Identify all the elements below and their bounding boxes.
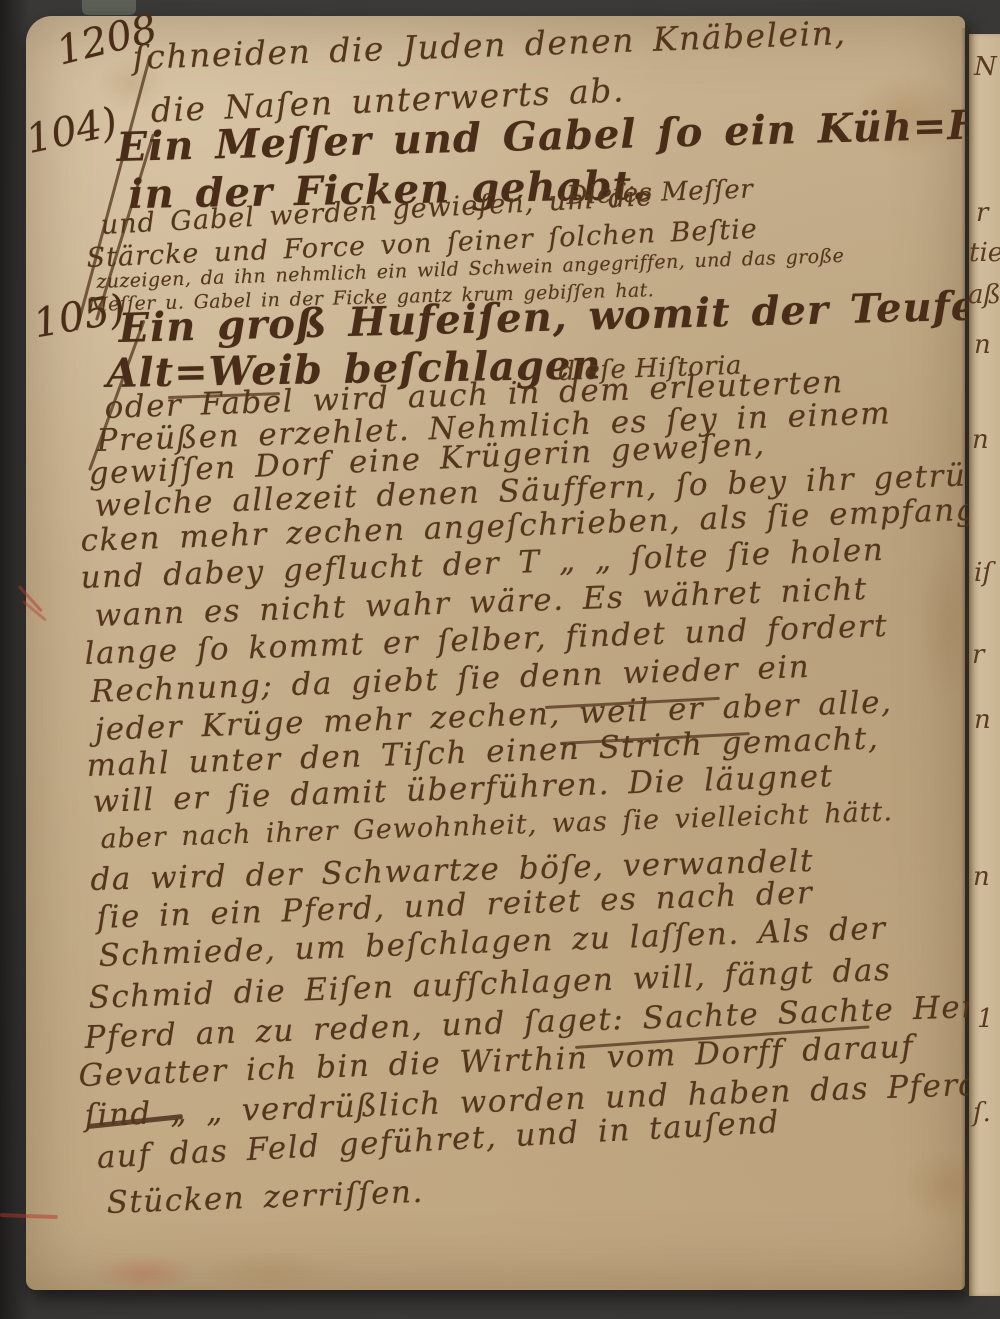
- edge-ink-fragment: r: [972, 640, 984, 670]
- manuscript-page: 1208 104) 105) ſchneiden die Juden denen…: [26, 16, 965, 1290]
- margin-number-104: 104): [22, 99, 122, 163]
- edge-ink-fragment: iſ: [974, 558, 992, 588]
- edge-ink-fragment: ſ.: [973, 1098, 991, 1128]
- edge-ink-fragment: n: [972, 425, 989, 455]
- edge-ink-fragment: r: [976, 198, 988, 228]
- edge-ink-fragment: n: [973, 862, 990, 892]
- manuscript-scan: 1208 104) 105) ſchneiden die Juden denen…: [0, 0, 1000, 1319]
- edge-ink-fragment: tie: [969, 238, 1000, 268]
- text-line: Stücken zerriſſen.: [106, 1174, 424, 1221]
- edge-ink-fragment: aß: [968, 280, 1000, 310]
- edge-ink-fragment: n: [974, 705, 991, 735]
- red-stamp-smudge: [74, 1248, 214, 1298]
- edge-ink-fragment: n: [974, 330, 991, 360]
- text-line: ſchneiden die Juden denen Knäbelein,: [132, 13, 847, 77]
- edge-ink-fragment: 1: [977, 1004, 994, 1034]
- edge-ink-fragment: N: [974, 52, 997, 82]
